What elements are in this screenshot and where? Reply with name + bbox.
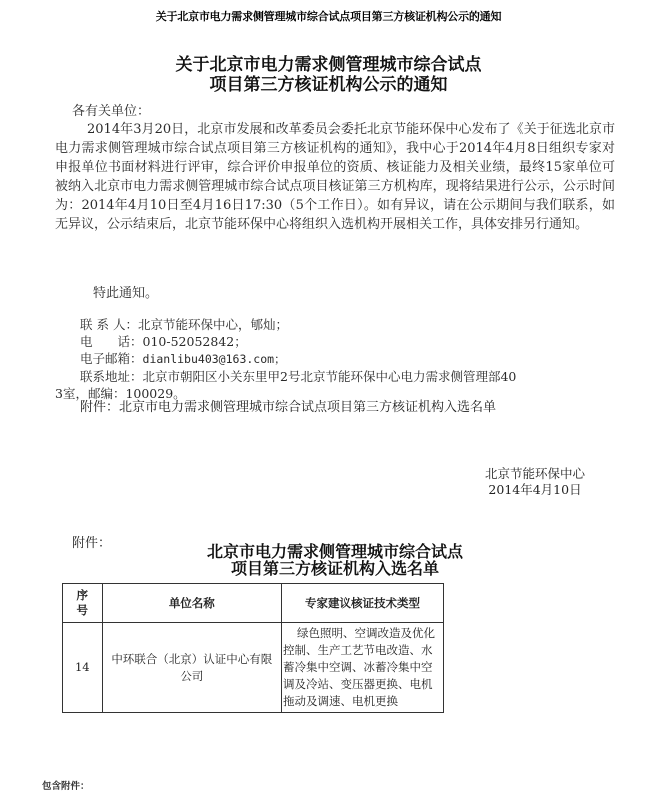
document-title-line1: 关于北京市电力需求侧管理城市综合试点 xyxy=(0,55,657,75)
cell-unit-name: 中环联合（北京）认证中心有限公司 xyxy=(102,623,281,713)
table-header-row: 序 号 单位名称 专家建议核证技术类型 xyxy=(63,584,444,623)
signature-organization: 北京节能环保中心 xyxy=(485,466,585,482)
contact-phone-label: 电 话： xyxy=(80,333,143,350)
page-header: 关于北京市电力需求侧管理城市综合试点项目第三方核证机构公示的通知 xyxy=(0,8,657,24)
attachment-label: 附件： xyxy=(72,532,111,551)
contact-address-value: 北京市朝阳区小关东里甲2号北京节能环保中心电力需求侧管理部40 xyxy=(143,369,517,384)
header-serial-line2: 号 xyxy=(63,603,102,618)
notice-paragraph: 2014年3月20日，北京市发展和改革委员会委托北京节能环保中心发布了《关于征选… xyxy=(55,120,615,234)
contact-person-value: 北京节能环保中心，郇灿； xyxy=(138,317,288,332)
closing-text: 特此通知。 xyxy=(93,284,158,303)
attachment-title-line1: 北京市电力需求侧管理城市综合试点 xyxy=(185,543,485,560)
document-title-line2: 项目第三方核证机构公示的通知 xyxy=(0,75,657,95)
document-title: 关于北京市电力需求侧管理城市综合试点 项目第三方核证机构公示的通知 xyxy=(0,55,657,95)
contact-address-row: 联系地址：北京市朝阳区小关东里甲2号北京节能环保中心电力需求侧管理部40 xyxy=(80,368,620,385)
attachment-reference: 附件：北京市电力需求侧管理城市综合试点项目第三方核证机构入选名单 xyxy=(80,398,496,417)
cell-technology-type: 绿色照明、空调改造及优化控制、生产工艺节电改造、水蓄冷集中空调、冰蓄冷集中空调及… xyxy=(282,623,444,713)
header-unit-name: 单位名称 xyxy=(102,584,281,623)
contact-email-row: 电子邮箱：dianlibu403@163.com； xyxy=(80,350,620,368)
header-technology-type: 专家建议核证技术类型 xyxy=(282,584,444,623)
contact-person-row: 联 系 人：北京节能环保中心，郇灿； xyxy=(80,316,620,333)
attachment-title-line2: 项目第三方核证机构入选名单 xyxy=(185,560,485,577)
selected-institutions-table: 序 号 单位名称 专家建议核证技术类型 14 中环联合（北京）认证中心有限公司 … xyxy=(62,583,444,713)
salutation: 各有关单位： xyxy=(72,102,150,121)
signature-block: 北京节能环保中心 2014年4月10日 xyxy=(485,466,585,498)
signature-date: 2014年4月10日 xyxy=(485,482,585,498)
contact-phone-row: 电 话：010-52052842； xyxy=(80,333,620,350)
contact-address-label: 联系地址： xyxy=(80,368,143,385)
contact-phone-value: 010-52052842； xyxy=(143,334,247,349)
footer-attachments-note: 包含附件： xyxy=(42,778,90,792)
cell-serial-number: 14 xyxy=(63,623,103,713)
table-row: 14 中环联合（北京）认证中心有限公司 绿色照明、空调改造及优化控制、生产工艺节… xyxy=(63,623,444,713)
header-serial-number: 序 号 xyxy=(63,584,103,623)
contact-email-value[interactable]: dianlibu403@163.com； xyxy=(143,352,286,366)
contact-person-label: 联 系 人： xyxy=(80,316,138,333)
header-serial-line1: 序 xyxy=(63,588,102,603)
contact-email-label: 电子邮箱： xyxy=(80,350,143,367)
contact-info: 联 系 人：北京节能环保中心，郇灿； 电 话：010-52052842； 电子邮… xyxy=(80,316,620,402)
attachment-title: 北京市电力需求侧管理城市综合试点 项目第三方核证机构入选名单 xyxy=(185,543,485,577)
